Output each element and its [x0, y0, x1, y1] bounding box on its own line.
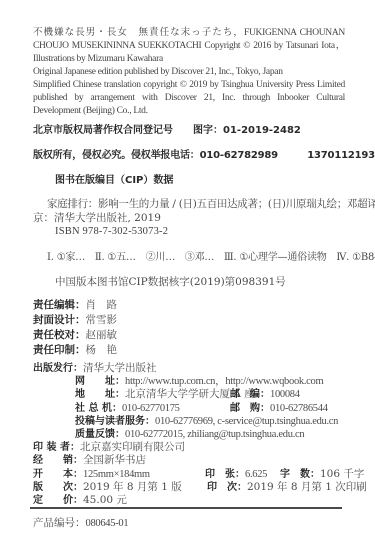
wordcount-label: 字 数： [280, 469, 320, 480]
staff-value: 肖 路 [86, 299, 118, 311]
staff-row-editor: 责任编辑：肖 路 [33, 298, 345, 313]
price-label: 定 价： [33, 495, 83, 506]
staff-credits-block: 责任编辑：肖 路 封面设计：常雪影 责任校对：赵丽敏 责任印制：杨 艳 [33, 298, 345, 358]
quality-feedback-value: 010-62772015, zhiliang@tup.tsinghua.edu.… [125, 429, 304, 440]
isbn-line: ISBN 978-7-302-53073-2 [55, 225, 345, 239]
format-row: 开 本：125mm×184mm印 张：6.625字 数：106 千字 [33, 468, 345, 481]
original-edition-line: Original Japanese edition published by D… [33, 66, 345, 79]
staff-value: 赵丽敏 [86, 329, 118, 341]
cip-classification-line: Ⅰ. ①家… Ⅱ. ①五… ②川… ③邓… Ⅲ. ①心理学—通俗读物 Ⅳ. ①B… [47, 251, 345, 264]
staff-row-proofreader: 责任校对：赵丽敏 [33, 328, 345, 343]
reader-service-label: 投稿与读者服务： [75, 416, 155, 427]
reader-service-value: 010-62776969, c-service@tup.tsinghua.edu… [155, 416, 338, 427]
format-value: 125mm×184mm [83, 469, 150, 480]
price-value: 45.00 元 [83, 494, 127, 506]
product-number-value: 080645-01 [86, 518, 129, 529]
quality-feedback-label: 质量反馈： [75, 429, 125, 440]
mail-order-label: 邮 购： [230, 403, 270, 414]
registration-number-line: 北京市版权局著作权合同登记号 图字：01-2019-2482 [33, 124, 345, 137]
edition-row: 版 次：2019 年 8 月第 1 版印 次：2019 年 8 月第 1 次印刷 [33, 481, 345, 494]
publication-info-block: 出版发行：清华大学出版社 网 址：http://www.tup.com.cn，h… [33, 362, 345, 507]
edition-label: 版 次： [33, 482, 83, 493]
sheets-label: 印 张： [205, 469, 245, 480]
book-copyright-page: 不機嫌な長男・長女 無責任な末っ子たち，FUKIGENNA CHOUNAN CH… [0, 0, 375, 552]
postcode-value: 100084 [270, 389, 300, 400]
publisher-label: 出版发行： [33, 363, 83, 374]
edition-value: 2019 年 8 月第 1 版 [83, 481, 182, 493]
website-value: http://www.tup.com.cn，http://www.wqbook.… [125, 376, 323, 387]
cip-header: 图书在版编目（CIP）数据 [55, 174, 345, 187]
product-number-line: 产品编号：080645-01 [33, 517, 345, 530]
cip-description-line1: 家庭排行：影响一生的力量 / (日)五百田达成著；(日)川原瑞丸绘；邓超译. —… [33, 197, 345, 211]
rights-warning-line: 版权所有，侵权必究。侵权举报电话：010-62782989 1370112193… [33, 149, 345, 162]
website-label: 网 址： [75, 376, 125, 387]
switchboard-label: 社 总 机： [75, 403, 122, 414]
mail-order-value: 010-62786544 [270, 403, 328, 414]
address-row: 地 址：北京清华大学学研大厦 A 座邮 编：100084 [33, 388, 345, 401]
impression-value: 2019 年 8 月第 1 次印刷 [247, 481, 367, 493]
staff-row-cover-design: 封面设计：常雪影 [33, 313, 345, 328]
original-title-copyright-line: 不機嫌な長男・長女 無責任な末っ子たち，FUKIGENNA CHOUNAN CH… [33, 27, 345, 66]
cip-record-number-line: 中国版本图书馆CIP数据核字(2019)第098391号 [55, 275, 345, 289]
staff-label: 封面设计： [33, 314, 86, 326]
address-label: 地 址： [75, 389, 125, 400]
sheets-value: 6.625 [245, 469, 267, 480]
wordcount-value: 106 千字 [320, 468, 364, 480]
staff-label: 责任印制： [33, 344, 86, 356]
staff-row-print-supervisor: 责任印制：杨 艳 [33, 343, 345, 358]
distributor-row: 经 销：全国新华书店 [33, 454, 345, 467]
switchboard-value: 010-62770175 [122, 403, 180, 414]
staff-value: 杨 艳 [86, 344, 118, 356]
translation-copyright-line: Simplified Chinese translation copyright… [33, 79, 345, 118]
postcode-label: 邮 编： [230, 389, 270, 400]
distributor-label: 经 销： [33, 455, 83, 466]
cip-description: 家庭排行：影响一生的力量 / (日)五百田达成著；(日)川原瑞丸绘；邓超译. —… [33, 197, 345, 225]
cip-description-line2: 京：清华大学出版社, 2019 [33, 211, 345, 225]
staff-value: 常雪影 [86, 314, 118, 326]
impression-label: 印 次： [207, 482, 247, 493]
quality-feedback-row: 质量反馈：010-62772015, zhiliang@tup.tsinghua… [33, 428, 345, 441]
distributor-value: 全国新华书店 [83, 454, 146, 466]
printer-label: 印 装 者： [33, 442, 80, 453]
printer-value: 北京嘉实印刷有限公司 [80, 441, 185, 453]
staff-label: 责任编辑： [33, 299, 86, 311]
publisher-row: 出版发行：清华大学出版社 [33, 362, 345, 375]
publisher-value: 清华大学出版社 [83, 362, 157, 374]
website-row: 网 址：http://www.tup.com.cn，http://www.wqb… [33, 375, 345, 388]
price-row: 定 价：45.00 元 [33, 494, 345, 507]
reader-service-row: 投稿与读者服务：010-62776969, c-service@tup.tsin… [33, 415, 345, 428]
copyright-notice-block: 不機嫌な長男・長女 無責任な末っ子たち，FUKIGENNA CHOUNAN CH… [33, 27, 345, 118]
printer-row: 印 装 者：北京嘉实印刷有限公司 [33, 441, 345, 454]
format-label: 开 本： [33, 469, 83, 480]
switchboard-row: 社 总 机：010-62770175邮 购：010-62786544 [33, 402, 345, 415]
staff-label: 责任校对： [33, 329, 86, 341]
divider-line [30, 507, 342, 509]
product-number-label: 产品编号： [33, 517, 86, 529]
